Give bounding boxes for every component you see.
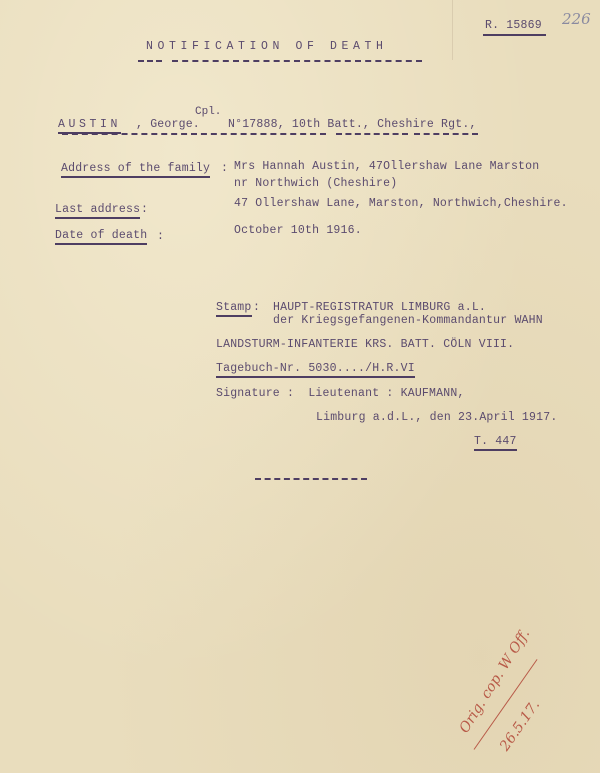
closing-divider [255,478,367,480]
handwritten-page-number: 226 [562,10,591,28]
last-address-colon: : [141,203,148,216]
soldier-forename: , George. [136,118,200,131]
soldier-underline-2 [336,133,408,135]
reference-number: R. 15869 [483,19,546,36]
date-of-death-label: Date of death [55,229,147,245]
soldier-surname: AUSTIN [58,118,121,134]
title-underline-long [172,60,422,62]
family-address-colon: : [221,162,228,175]
t-number: T. 447 [474,435,517,451]
stamp-label: Stamp [216,301,252,317]
signature-line: Signature : Lieutenant : KAUFMANN, [216,387,465,400]
date-of-death-colon: : [157,230,164,243]
document-page: R. 15869 226 NOTIFICATION OF DEATH AUSTI… [0,0,600,773]
stamp-line2: der Kriegsgefangenen-Kommandantur WAHN [273,314,543,327]
title-underline-short [138,60,162,62]
soldier-details: N°17888, 10th Batt., Cheshire Rgt., [228,118,477,131]
stamp-line1: HAUPT-REGISTRATUR LIMBURG a.L. [273,301,486,314]
place-date: Limburg a.d.L., den 23.April 1917. [316,411,557,424]
family-address-line2: nr Northwich (Cheshire) [234,177,397,190]
soldier-underline-3 [414,133,478,135]
family-address-line1: Mrs Hannah Austin, 47Ollershaw Lane Mars… [234,160,539,173]
soldier-rank: Cpl. [195,106,221,118]
last-address-value: 47 Ollershaw Lane, Marston, Northwich,Ch… [234,197,568,210]
diary-number: Tagebuch-Nr. 5030..../H.R.VI [216,362,415,378]
unit-line: LANDSTURM-INFANTERIE KRS. BATT. CÖLN VII… [216,338,514,351]
soldier-underline-1 [62,133,326,135]
family-address-label: Address of the family [61,162,210,178]
document-title: NOTIFICATION OF DEATH [146,40,388,53]
paper-crease [452,0,453,60]
stamp-colon: : [253,301,260,314]
last-address-label: Last address [55,203,140,219]
date-of-death-value: October 10th 1916. [234,224,362,237]
